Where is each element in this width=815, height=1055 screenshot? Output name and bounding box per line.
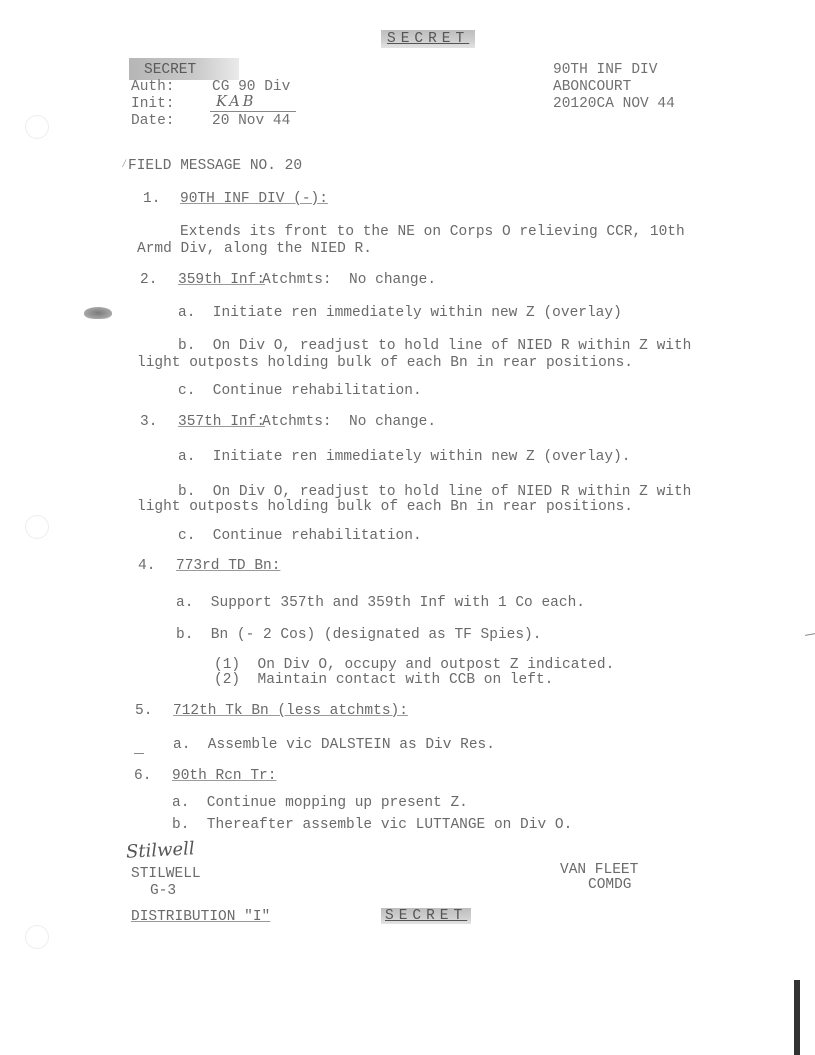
- para-1-heading: 90TH INF DIV (-):: [180, 191, 328, 207]
- punch-hole-mark: [25, 925, 49, 949]
- para-4-heading: 773rd TD Bn:: [176, 558, 280, 574]
- para-6-number: 6.: [134, 768, 151, 784]
- para-3c: c. Continue rehabilitation.: [178, 528, 422, 544]
- origin-datetime: 20120CA NOV 44: [553, 96, 675, 113]
- para-4a: a. Support 357th and 359th Inf with 1 Co…: [176, 595, 585, 611]
- signer-right-title: COMDG: [588, 877, 632, 893]
- auth-label: Auth:: [131, 79, 175, 96]
- date-value: 20 Nov 44: [212, 113, 290, 130]
- para-1-text: Extends its front to the NE on Corps O r…: [180, 224, 685, 240]
- distribution: DISTRIBUTION "I": [131, 909, 270, 925]
- para-2b: b. On Div O, readjust to hold line of NI…: [178, 338, 691, 354]
- para-4b: b. Bn (- 2 Cos) (designated as TF Spies)…: [176, 627, 541, 643]
- margin-mark: [134, 753, 144, 754]
- init-label: Init:: [131, 96, 175, 113]
- classification-bottom: SECRET: [381, 908, 471, 924]
- para-6b: b. Thereafter assemble vic LUTTANGE on D…: [172, 817, 572, 833]
- para-6-heading: 90th Rcn Tr:: [172, 768, 276, 784]
- check-mark: ⁄: [121, 159, 128, 171]
- signature-stilwell: Stilwell: [125, 838, 195, 863]
- para-5-number: 5.: [135, 703, 152, 719]
- origin-location: ABONCOURT: [553, 79, 631, 96]
- para-1-number: 1.: [143, 191, 160, 207]
- para-3b: b. On Div O, readjust to hold line of NI…: [178, 484, 691, 500]
- para-2b: light outposts holding bulk of each Bn i…: [137, 355, 633, 371]
- para-3a: a. Initiate ren immediately within new Z…: [178, 449, 630, 465]
- para-3-heading: 357th Inf:: [178, 414, 265, 430]
- init-underline: [210, 111, 296, 112]
- para-2-number: 2.: [140, 272, 157, 288]
- scan-edge-bar: [794, 980, 800, 1055]
- ink-smudge: [84, 307, 112, 319]
- para-6a: a. Continue mopping up present Z.: [172, 795, 468, 811]
- para-4b-1: (1) On Div O, occupy and outpost Z indic…: [214, 657, 614, 673]
- para-5-heading: 712th Tk Bn (less atchmts):: [173, 703, 408, 719]
- origin-unit: 90TH INF DIV: [553, 62, 657, 79]
- margin-mark: [805, 633, 815, 636]
- para-4-number: 4.: [138, 558, 155, 574]
- signer-left-name: STILWELL: [131, 866, 201, 882]
- para-3-attachments: Atchmts: No change.: [262, 414, 436, 430]
- para-1-text: Armd Div, along the NIED R.: [137, 241, 372, 257]
- para-2-heading: 359th Inf:: [178, 272, 265, 288]
- punch-hole-mark: [25, 115, 49, 139]
- signer-left-title: G-3: [150, 883, 176, 899]
- para-2-attachments: Atchmts: No change.: [262, 272, 436, 288]
- para-3-number: 3.: [140, 414, 157, 430]
- stamp-label: SECRET: [144, 62, 196, 79]
- para-2c: c. Continue rehabilitation.: [178, 383, 422, 399]
- classification-top: SECRET: [381, 30, 475, 48]
- punch-hole-mark: [25, 515, 49, 539]
- signer-right-name: VAN FLEET: [560, 862, 638, 878]
- para-5a: a. Assemble vic DALSTEIN as Div Res.: [173, 737, 495, 753]
- date-label: Date:: [131, 113, 175, 130]
- para-2a: a. Initiate ren immediately within new Z…: [178, 305, 622, 321]
- document-title: FIELD MESSAGE NO. 20: [128, 158, 302, 174]
- para-4b-2: (2) Maintain contact with CCB on left.: [214, 672, 553, 688]
- init-value: KAB: [216, 94, 256, 111]
- para-3b: light outposts holding bulk of each Bn i…: [137, 499, 633, 515]
